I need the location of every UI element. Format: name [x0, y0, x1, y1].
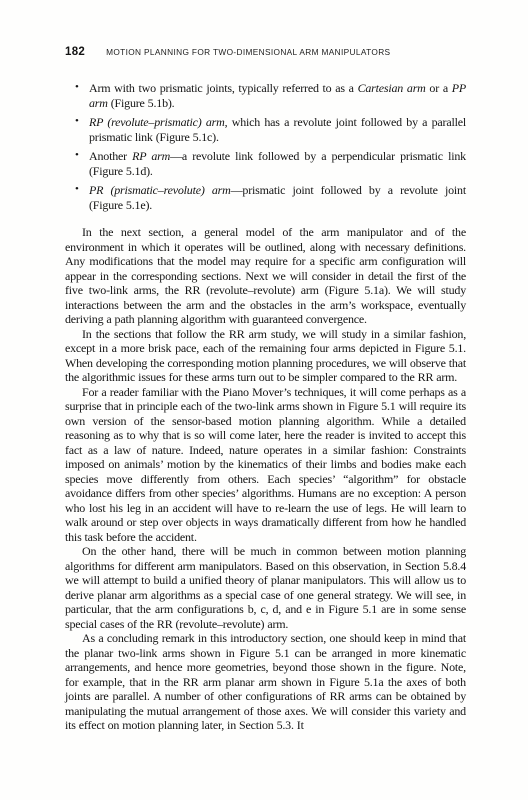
bullet-item: •Arm with two prismatic joints, typicall… [65, 81, 466, 110]
page-number: 182 [65, 46, 85, 58]
text-column: 182 MOTION PLANNING FOR TWO-DIMENSIONAL … [65, 46, 466, 733]
body-paragraph: In the sections that follow the RR arm s… [65, 327, 466, 385]
body-paragraph: As a concluding remark in this introduct… [65, 631, 466, 733]
bullet-icon: • [75, 80, 79, 95]
book-page: 182 MOTION PLANNING FOR TWO-DIMENSIONAL … [0, 0, 528, 800]
bullet-text: RP (revolute–prismatic) arm, which has a… [89, 115, 466, 144]
page-header: 182 MOTION PLANNING FOR TWO-DIMENSIONAL … [65, 46, 466, 58]
bullet-text: Another RP arm—a revolute link followed … [89, 149, 466, 178]
bullet-text: Arm with two prismatic joints, typically… [89, 81, 466, 110]
body-paragraph: On the other hand, there will be much in… [65, 544, 466, 631]
bullet-item: •Another RP arm—a revolute link followed… [65, 149, 466, 178]
body-copy: In the next section, a general model of … [65, 225, 466, 733]
bullet-icon: • [75, 148, 79, 163]
bullet-item: •RP (revolute–prismatic) arm, which has … [65, 115, 466, 144]
bullet-text: PR (prismatic–revolute) arm—prismatic jo… [89, 183, 466, 212]
bullet-item: •PR (prismatic–revolute) arm—prismatic j… [65, 183, 466, 212]
body-paragraph: In the next section, a general model of … [65, 225, 466, 327]
bullet-list: •Arm with two prismatic joints, typicall… [65, 81, 466, 212]
bullet-icon: • [75, 114, 79, 129]
bullet-icon: • [75, 182, 79, 197]
running-head: MOTION PLANNING FOR TWO-DIMENSIONAL ARM … [106, 47, 390, 57]
body-paragraph: For a reader familiar with the Piano Mov… [65, 385, 466, 545]
